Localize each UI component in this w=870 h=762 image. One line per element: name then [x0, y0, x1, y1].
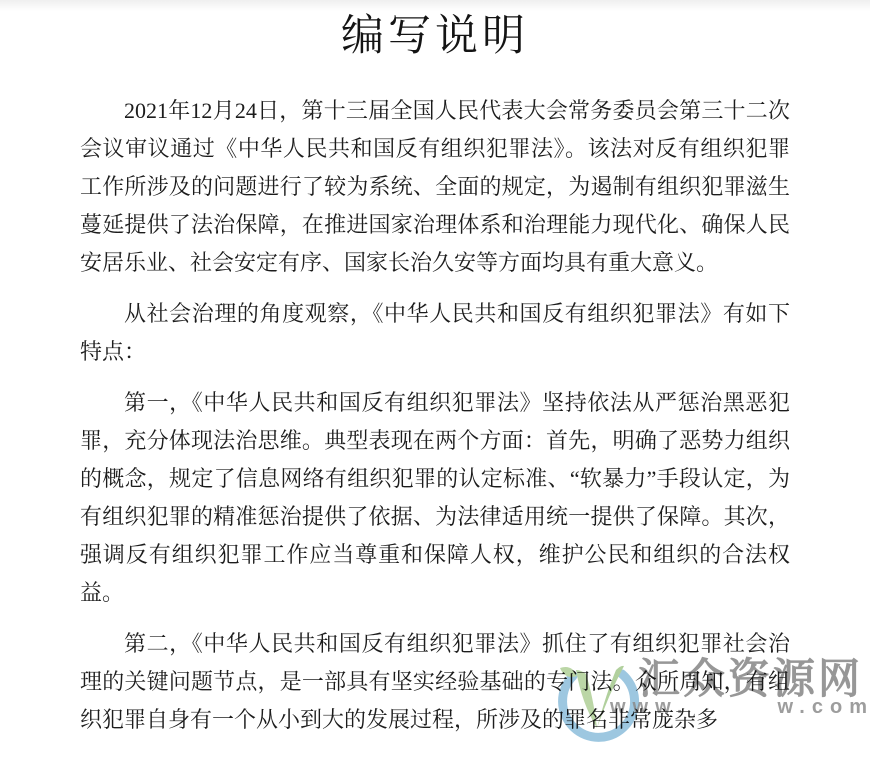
paragraph: 第一，《中华人民共和国反有组织犯罪法》坚持依法从严惩治黑恶犯罪，充分体现法治思维…	[80, 384, 790, 612]
watermark-url-suffix: w.com	[777, 696, 870, 718]
paragraph: 从社会治理的角度观察，《中华人民共和国反有组织犯罪法》有如下特点：	[80, 295, 790, 371]
document-body: 2021年12月24日，第十三届全国人民代表大会常务委员会第三十二次会议审议通过…	[80, 92, 790, 752]
paragraph: 第二，《中华人民共和国反有组织犯罪法》抓住了有组织犯罪社会治理的关键问题节点，是…	[80, 625, 790, 739]
paragraph: 2021年12月24日，第十三届全国人民代表大会常务委员会第三十二次会议审议通过…	[80, 92, 790, 282]
page-title: 编写说明	[0, 2, 870, 63]
document-page: 编写说明 2021年12月24日，第十三届全国人民代表大会常务委员会第三十二次会…	[0, 0, 870, 762]
